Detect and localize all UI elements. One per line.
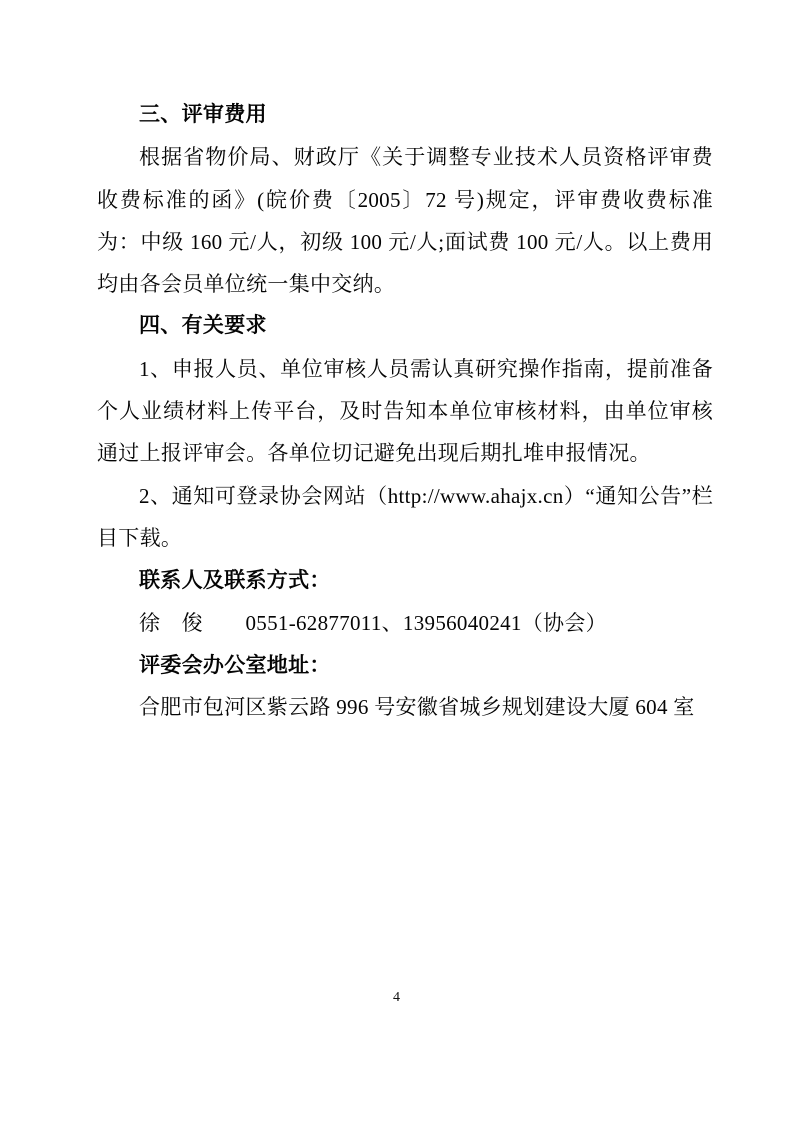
section-heading-requirements: 四、有关要求 bbox=[97, 305, 713, 347]
address-line: 合肥市包河区紫云路 996 号安徽省城乡规划建设大厦 604 室 bbox=[97, 686, 713, 728]
section-heading-fees: 三、评审费用 bbox=[97, 94, 713, 136]
paragraph-requirement-1: 1、申报人员、单位审核人员需认真研究操作指南，提前准备个人业绩材料上传平台，及时… bbox=[97, 348, 713, 475]
page-number: 4 bbox=[0, 988, 793, 1008]
address-heading: 评委会办公室地址： bbox=[97, 644, 713, 686]
contact-line: 徐 俊 0551-62877011、13956040241（协会） bbox=[97, 602, 713, 644]
paragraph-fees: 根据省物价局、财政厅《关于调整专业技术人员资格评审费收费标准的函》(皖价费〔20… bbox=[97, 136, 713, 305]
document-content: 三、评审费用 根据省物价局、财政厅《关于调整专业技术人员资格评审费收费标准的函》… bbox=[97, 94, 713, 728]
contact-heading: 联系人及联系方式： bbox=[97, 559, 713, 601]
paragraph-requirement-2: 2、通知可登录协会网站（http://www.ahajx.cn）“通知公告”栏目… bbox=[97, 475, 713, 560]
document-page: 三、评审费用 根据省物价局、财政厅《关于调整专业技术人员资格评审费收费标准的函》… bbox=[0, 0, 793, 1122]
